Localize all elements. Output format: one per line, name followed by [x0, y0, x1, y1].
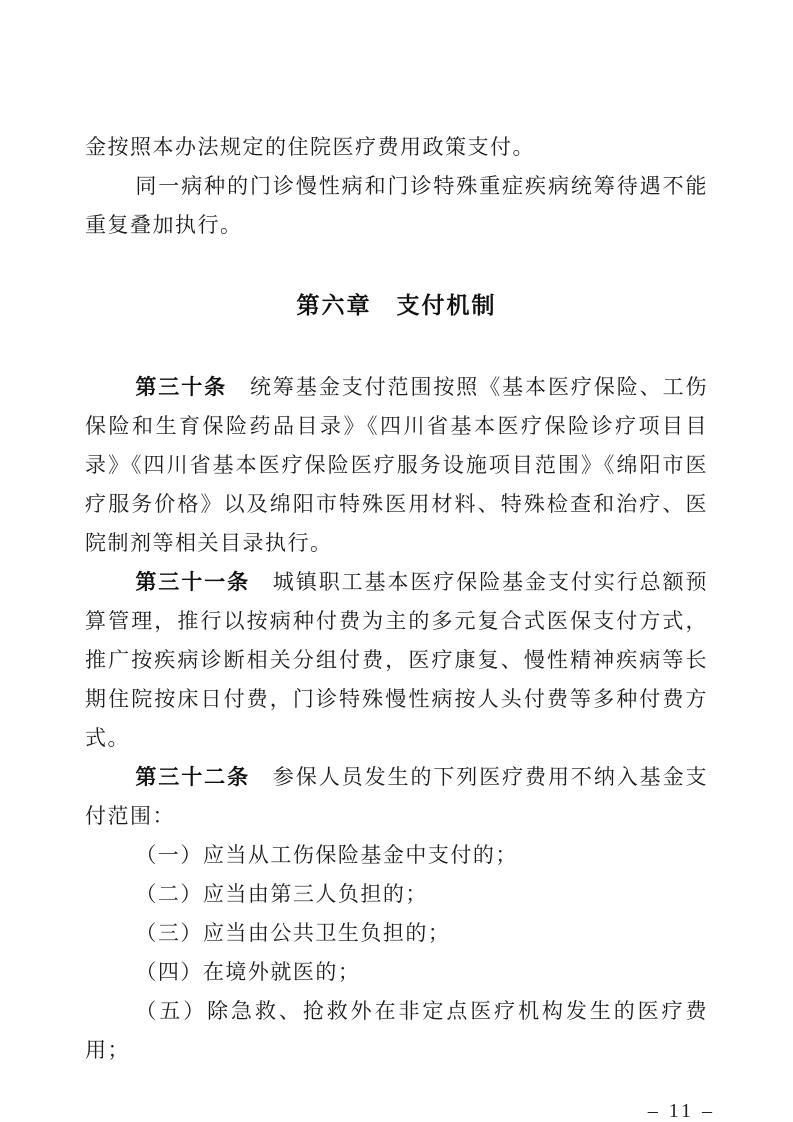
- list-item-4: （四）在境外就医的；: [85, 953, 708, 992]
- article-number: 第三十一条: [135, 570, 250, 594]
- article-number: 第三十二条: [135, 765, 250, 789]
- list-item-5: （五）除急救、抢救外在非定点医疗机构发生的医疗费用；: [85, 992, 708, 1070]
- page-number: – 11 –: [648, 1100, 715, 1122]
- article-number: 第三十条: [135, 375, 227, 399]
- article-text: 城镇职工基本医疗保险基金支付实行总额预算管理，推行以按病种付费为主的多元复合式医…: [85, 570, 708, 750]
- article-text: 统筹基金支付范围按照《基本医疗保险、工伤保险和生育保险药品目录》《四川省基本医疗…: [85, 375, 708, 555]
- page-content: 金按照本办法规定的住院医疗费用政策支付。 同一病种的门诊慢性病和门诊特殊重症疾病…: [0, 0, 793, 1070]
- list-item-2: （二）应当由第三人负担的；: [85, 875, 708, 914]
- chapter-heading: 第六章 支付机制: [85, 286, 708, 325]
- paragraph-continuation: 金按照本办法规定的住院医疗费用政策支付。: [85, 128, 708, 167]
- list-item-1: （一）应当从工伤保险基金中支付的；: [85, 836, 708, 875]
- page-footer: – 11 –: [0, 1098, 793, 1122]
- article-paragraph-32: 第三十二条 参保人员发生的下列医疗费用不纳入基金支付范围：: [85, 758, 708, 836]
- paragraph: 同一病种的门诊慢性病和门诊特殊重症疾病统筹待遇不能重复叠加执行。: [85, 167, 708, 245]
- article-paragraph-31: 第三十一条 城镇职工基本医疗保险基金支付实行总额预算管理，推行以按病种付费为主的…: [85, 563, 708, 758]
- article-paragraph-30: 第三十条 统筹基金支付范围按照《基本医疗保险、工伤保险和生育保险药品目录》《四川…: [85, 368, 708, 563]
- list-item-3: （三）应当由公共卫生负担的；: [85, 914, 708, 953]
- document-page: 金按照本办法规定的住院医疗费用政策支付。 同一病种的门诊慢性病和门诊特殊重症疾病…: [0, 0, 793, 1122]
